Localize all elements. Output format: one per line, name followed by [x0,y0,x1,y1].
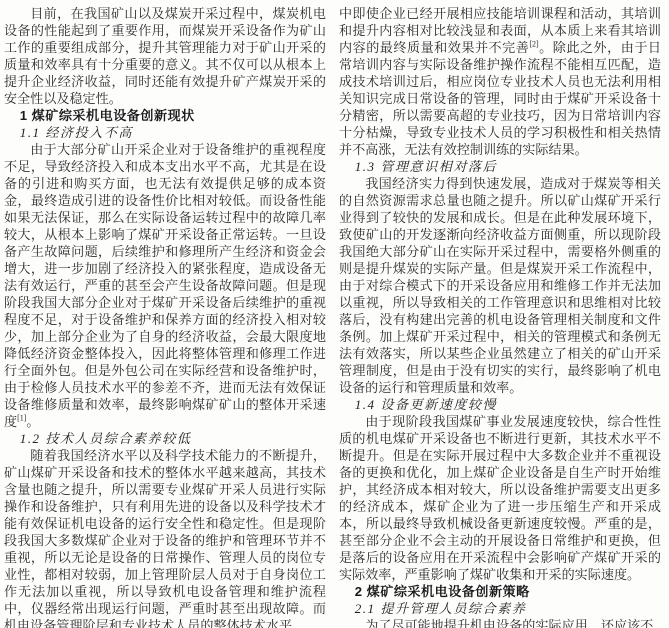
section-heading-1: 1 煤矿综采机电设备创新现状 [4,107,326,124]
paragraph-1-1-text: 由于大部分矿山开采企业对于设备维护的重视程度不足，导致经济投入和成本支出水平不高… [4,142,326,429]
paragraph-2-1: 为了尽可能地提升机电设备的实际应用，还应该不 [339,617,661,628]
subsection-heading-1-2: 1.2 技术人员综合素养较低 [4,430,326,447]
paragraph-1-4: 由于现阶段我国煤矿事业发展速度较快，综合性性质的机电煤矿开采设备也不断进行更新，… [339,413,661,583]
subsection-heading-2-1: 2.1 提升管理人员综合素养 [339,600,661,617]
section-heading-2: 2 煤矿综采机电设备创新策略 [339,583,661,600]
paragraph-1-2: 随着我国经济水平以及科学技术能力的不断提升，矿山煤矿开采设备和技术的整体水平越来… [4,447,326,628]
intro-paragraph: 目前，在我国矿山以及煤炭开采过程中，煤炭机电设备的性能起到了重要作用，而煤炭开采… [4,5,326,107]
right-column: 中即使企业已经开展相应技能培训课程和活动，其培训和提升内容相对比较浅显和表面，从… [339,5,661,628]
citation-ref-2: [2] [529,40,538,49]
paragraph-1-3: 我国经济实力得到快速发展，造成对于煤炭等相关的自然资源需求总量也随之提升。所以矿… [339,175,661,396]
paragraph-1-1-period: 。 [26,414,39,429]
paragraph-1-1: 由于大部分矿山开采企业对于设备维护的重视程度不足，导致经济投入和成本支出水平不高… [4,141,326,430]
left-column: 目前，在我国矿山以及煤炭开采过程中，煤炭机电设备的性能起到了重要作用，而煤炭开采… [4,5,326,628]
subsection-heading-1-1: 1.1 经济投入不高 [4,124,326,141]
paragraph-1-2-cont-after: 。除此之外，由于日常培训内容与实际设备维护操作流程不能相互匹配，造成技术培训过后… [339,40,661,157]
subsection-heading-1-4: 1.4 设备更新速度较慢 [339,396,661,413]
paper-page: 目前，在我国矿山以及煤炭开采过程中，煤炭机电设备的性能起到了重要作用，而煤炭开采… [0,0,669,628]
subsection-heading-1-3: 1.3 管理意识相对落后 [339,158,661,175]
paragraph-1-2-continued: 中即使企业已经开展相应技能培训课程和活动，其培训和提升内容相对比较浅显和表面，从… [339,5,661,158]
